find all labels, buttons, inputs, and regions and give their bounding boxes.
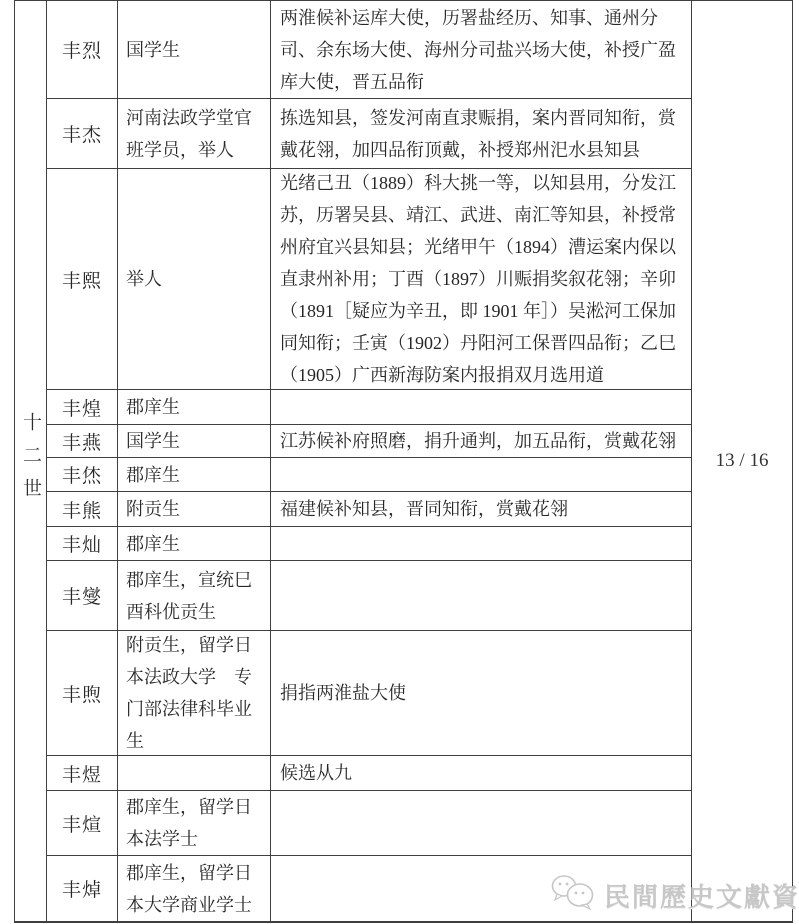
status-cell: 举人: [118, 169, 271, 389]
desc-cell: [271, 791, 691, 855]
wechat-bubbles-icon: [550, 874, 596, 917]
status-cell: 郡庠生，宣统巳酉科优贡生: [118, 561, 271, 630]
desc-cell: [271, 527, 691, 560]
status-cell: 郡庠生，留学日本大学商业学士: [118, 856, 271, 921]
table-row: 丰熊附贡生福建候补知县，晋同知衔，赏戴花翎: [47, 492, 691, 527]
desc-cell: [271, 458, 691, 491]
table-row: 丰熙举人光绪己丑（1889）科大挑一等，以知县用，分发江苏，历署吴县、靖江、武进…: [47, 169, 691, 390]
generation-label: 十二世: [17, 412, 44, 511]
desc-cell: [271, 561, 691, 630]
desc-cell: 光绪己丑（1889）科大挑一等，以知县用，分发江苏，历署吴县、靖江、武进、南汇等…: [271, 169, 691, 389]
name-cell: 丰熙: [47, 169, 118, 389]
desc-cell: 福建候补知县，晋同知衔，赏戴花翎: [271, 492, 691, 526]
genealogy-page: 十二世 丰烈国学生两淮候补运库大使，历署盐经历、知事、通州分司、余东场大使、海州…: [0, 0, 799, 924]
status-cell: 河南法政学堂官班学员，举人: [118, 99, 271, 168]
table-row: 丰燕国学生江苏候补府照磨，捐升通判，加五品衔，赏戴花翎: [47, 425, 691, 458]
table-row: 丰煦附贡生，留学日本法政大学 专门部法律科毕业生捐指两淮盐大使: [47, 631, 691, 756]
table-row: 丰燮郡庠生，宣统巳酉科优贡生: [47, 561, 691, 631]
status-cell: 国学生: [118, 1, 271, 98]
page-indicator: 13 / 16: [716, 450, 769, 472]
name-cell: 丰杰: [47, 99, 118, 168]
table-row: 丰煊郡庠生，留学日本法学士: [47, 791, 691, 856]
status-cell: 附贡生: [118, 492, 271, 526]
table-row: 丰烈国学生两淮候补运库大使，历署盐经历、知事、通州分司、余东场大使、海州分司盐兴…: [47, 1, 691, 99]
desc-cell: 捐指两淮盐大使: [271, 631, 691, 755]
name-cell: 丰焯: [47, 856, 118, 921]
name-cell: 丰熊: [47, 492, 118, 526]
table-row: 丰烋郡庠生: [47, 458, 691, 492]
status-cell: 国学生: [118, 425, 271, 457]
page-number-column: 13 / 16: [691, 1, 792, 921]
name-cell: 丰烋: [47, 458, 118, 491]
status-cell: 郡庠生: [118, 458, 271, 491]
desc-cell: 候选从九: [271, 756, 691, 790]
status-cell: [118, 756, 271, 790]
name-cell: 丰煌: [47, 390, 118, 424]
status-cell: 郡庠生: [118, 390, 271, 424]
desc-cell: 拣选知县，签发河南直隶赈捐，案内晋同知衔，赏戴花翎，加四品衔顶戴，补授郑州汜水县…: [271, 99, 691, 168]
table-rows-container: 丰烈国学生两淮候补运库大使，历署盐经历、知事、通州分司、余东场大使、海州分司盐兴…: [47, 1, 691, 921]
status-cell: 附贡生，留学日本法政大学 专门部法律科毕业生: [118, 631, 271, 755]
name-cell: 丰煜: [47, 756, 118, 790]
status-cell: 郡庠生: [118, 527, 271, 560]
name-cell: 丰煊: [47, 791, 118, 855]
table-row: 丰煌郡庠生: [47, 390, 691, 425]
name-cell: 丰燕: [47, 425, 118, 457]
table-row: 丰煜候选从九: [47, 756, 691, 791]
table-row: 丰灿郡庠生: [47, 527, 691, 561]
name-cell: 丰燮: [47, 561, 118, 630]
status-cell: 郡庠生，留学日本法学士: [118, 791, 271, 855]
desc-cell: [271, 390, 691, 424]
name-cell: 丰烈: [47, 1, 118, 98]
generation-column: 十二世: [15, 1, 47, 921]
watermark: 民間歷史文獻資訊網: [550, 874, 799, 917]
name-cell: 丰灿: [47, 527, 118, 560]
desc-cell: 两淮候补运库大使，历署盐经历、知事、通州分司、余东场大使、海州分司盐兴场大使，补…: [271, 1, 691, 98]
desc-cell: 江苏候补府照磨，捐升通判，加五品衔，赏戴花翎: [271, 425, 691, 457]
watermark-text: 民間歷史文獻資訊網: [604, 877, 799, 914]
name-cell: 丰煦: [47, 631, 118, 755]
genealogy-table: 十二世 丰烈国学生两淮候补运库大使，历署盐经历、知事、通州分司、余东场大使、海州…: [14, 0, 793, 923]
table-row: 丰杰河南法政学堂官班学员，举人拣选知县，签发河南直隶赈捐，案内晋同知衔，赏戴花翎…: [47, 99, 691, 169]
